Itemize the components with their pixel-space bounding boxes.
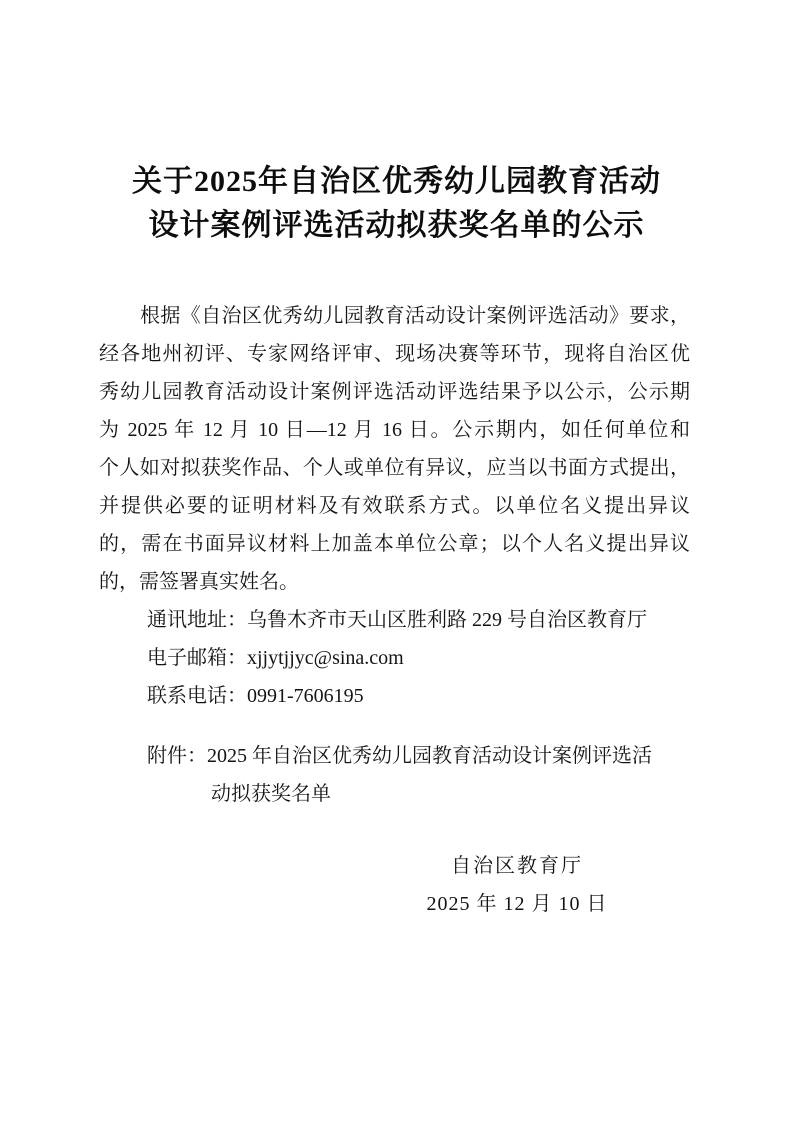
signature-section: 自治区教育厅 2025 年 12 月 10 日: [367, 847, 667, 923]
attachment-line-2: 动拟获奖名单: [99, 775, 690, 813]
contact-address-line: 通讯地址：乌鲁木齐市天山区胜利路 229 号自治区教育厅: [99, 601, 690, 639]
document-body: 根据《自治区优秀幼儿园教育活动设计案例评选活动》要求， 经各地州初评、专家网络评…: [99, 297, 690, 715]
paragraph-line-4: 为 2025 年 12 月 10 日—12 月 16 日。公示期内，如任何单位和: [99, 411, 690, 449]
paragraph-line-8: 的，需签署真实姓名。: [99, 563, 690, 601]
paragraph-line-6: 并提供必要的证明材料及有效联系方式。以单位名义提出异议: [99, 487, 690, 525]
contact-phone-line: 联系电话：0991-7606195: [99, 677, 690, 715]
document-title: 关于2025年自治区优秀幼儿园教育活动 设计案例评选活动拟获奖名单的公示: [0, 160, 793, 248]
document-page: 关于2025年自治区优秀幼儿园教育活动 设计案例评选活动拟获奖名单的公示 根据《…: [0, 0, 793, 1121]
paragraph-line-1: 根据《自治区优秀幼儿园教育活动设计案例评选活动》要求，: [99, 297, 690, 335]
paragraph-line-5: 个人如对拟获奖作品、个人或单位有异议，应当以书面方式提出，: [99, 449, 690, 487]
paragraph-line-2: 经各地州初评、专家网络评审、现场决赛等环节，现将自治区优: [99, 335, 690, 373]
signature-date: 2025 年 12 月 10 日: [367, 885, 667, 923]
attachment-line-1: 附件：2025 年自治区优秀幼儿园教育活动设计案例评选活: [99, 737, 690, 775]
paragraph-line-7: 的，需在书面异议材料上加盖本单位公章；以个人名义提出异议: [99, 525, 690, 563]
paragraph-line-3: 秀幼儿园教育活动设计案例评选活动评选结果予以公示，公示期: [99, 373, 690, 411]
contact-email-line: 电子邮箱：xjjytjjyc@sina.com: [99, 639, 690, 677]
attachment-section: 附件：2025 年自治区优秀幼儿园教育活动设计案例评选活 动拟获奖名单: [99, 737, 690, 813]
title-line-2: 设计案例评选活动拟获奖名单的公示: [0, 204, 793, 248]
signature-issuer: 自治区教育厅: [367, 847, 667, 885]
title-line-1: 关于2025年自治区优秀幼儿园教育活动: [0, 160, 793, 204]
